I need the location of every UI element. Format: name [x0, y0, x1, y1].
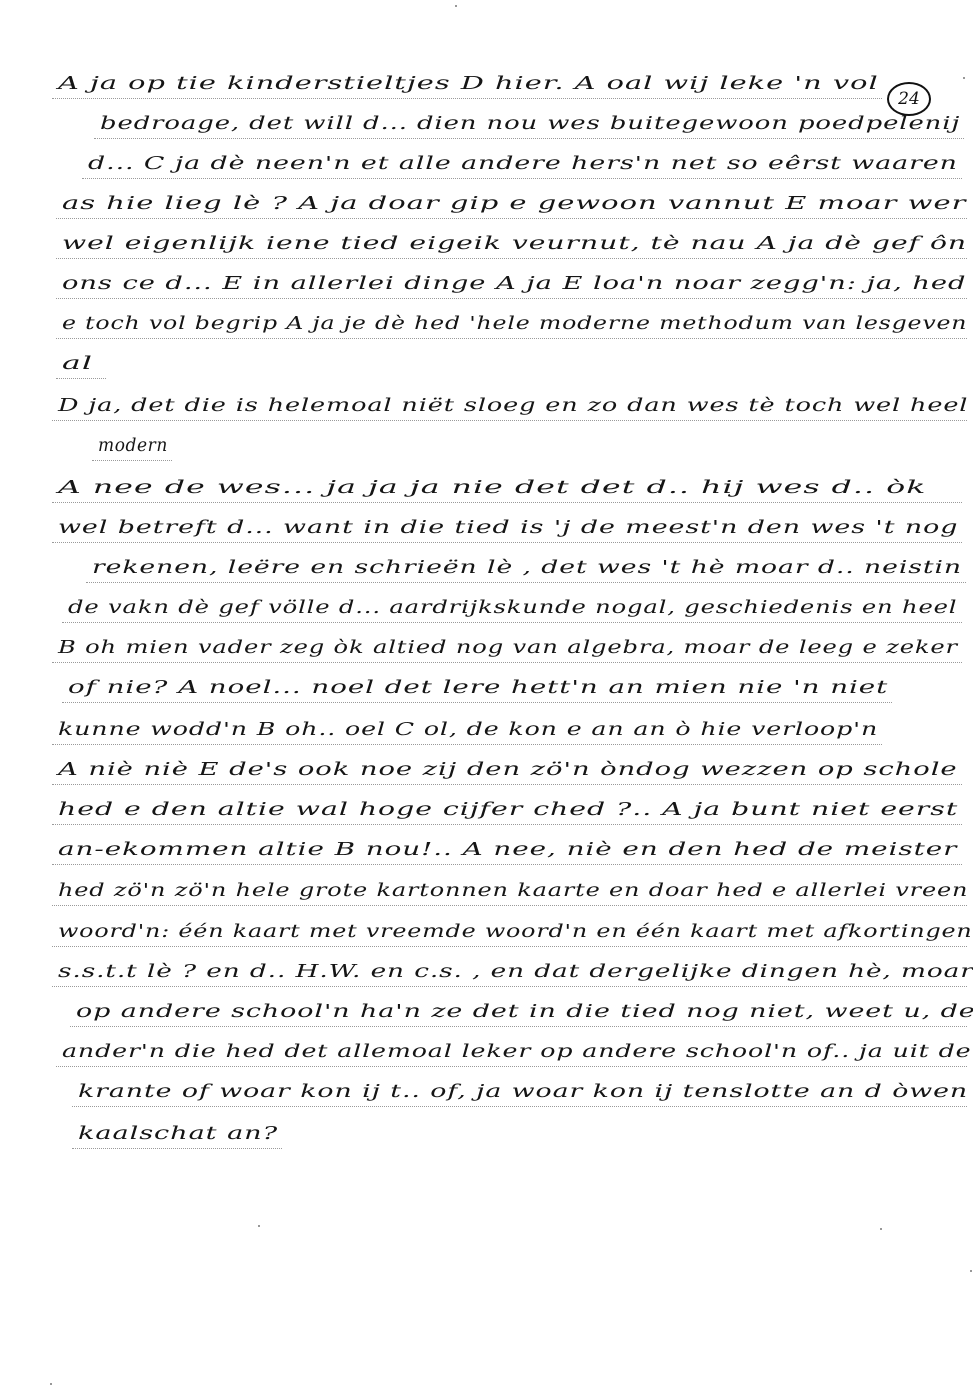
- scan-speck: [258, 1225, 260, 1227]
- transcript-line: s.s.t.t lè ? en d.. H.W. en c.s. , en da…: [58, 962, 973, 982]
- transcript-line: rekenen, leëre en schrieën lè , det wes …: [92, 558, 962, 578]
- scan-speck: [970, 1270, 972, 1272]
- scan-dotted-rule: [52, 502, 962, 503]
- transcript-line: A ja op tie kinderstieltjes D hier. A oa…: [58, 74, 879, 94]
- page-number-text: 24: [898, 89, 920, 109]
- scan-speck: [455, 5, 457, 7]
- transcript-line: modern: [98, 436, 168, 456]
- transcript-line: woord'n: één kaart met vreemde woord'n e…: [58, 922, 973, 942]
- scan-dotted-rule: [56, 378, 106, 379]
- transcript-line: e toch vol begrip A ja je dè hed 'hele m…: [62, 314, 967, 334]
- transcript-line: A niè niè E de's ook noe zij den zö'n òn…: [58, 760, 958, 780]
- scanned-page: 24 A ja op tie kinderstieltjes D hier. A…: [0, 0, 973, 1394]
- transcript-line: an-ekommen altie B nou!.. A nee, niè en …: [58, 840, 957, 860]
- transcript-line: d... C ja dè neen'n et alle andere hers'…: [88, 154, 958, 174]
- scan-dotted-rule: [86, 582, 966, 583]
- scan-dotted-rule: [56, 298, 967, 299]
- transcript-line: A nee de wes... ja ja ja nie det det d..…: [58, 478, 926, 498]
- scan-dotted-rule: [72, 1106, 967, 1107]
- transcript-line: de vakn dè gef völle d... aardrijkskunde…: [68, 598, 957, 618]
- scan-dotted-rule: [52, 986, 967, 987]
- scan-dotted-rule: [52, 662, 962, 663]
- scan-dotted-rule: [52, 946, 967, 947]
- scan-dotted-rule: [94, 138, 964, 139]
- transcript-line: kaalschat an?: [78, 1124, 278, 1144]
- scan-dotted-rule: [52, 744, 882, 745]
- scan-dotted-rule: [56, 338, 967, 339]
- transcript-line: wel eigenlijk iene tied eigeik veurnut, …: [62, 234, 967, 254]
- scan-dotted-rule: [52, 824, 962, 825]
- scan-dotted-rule: [52, 905, 967, 906]
- transcript-line: as hie lieg lè ? A ja doar gip e gewoon …: [62, 194, 966, 214]
- transcript-line: bedroage, det will d... dien nou wes bui…: [100, 114, 960, 134]
- scan-dotted-rule: [56, 218, 967, 219]
- scan-dotted-rule: [70, 1026, 967, 1027]
- scan-dotted-rule: [62, 622, 962, 623]
- scan-dotted-rule: [52, 864, 962, 865]
- scan-dotted-rule: [52, 98, 882, 99]
- scan-dotted-rule: [72, 1148, 282, 1149]
- transcript-line: wel betreft d... want in die tied is 'j …: [58, 518, 958, 538]
- scan-dotted-rule: [52, 784, 962, 785]
- transcript-line: ons ce d... E in allerlei dinge A ja E l…: [62, 274, 966, 294]
- scan-dotted-rule: [52, 542, 962, 543]
- scan-speck: [963, 77, 965, 79]
- scan-dotted-rule: [52, 420, 967, 421]
- page-number-circled: 24: [887, 82, 931, 116]
- scan-dotted-rule: [56, 258, 967, 259]
- scan-speck: [50, 1383, 52, 1385]
- transcript-line: of nie? A noel... noel det lere hett'n a…: [68, 678, 888, 698]
- transcript-line: hed zö'n zö'n hele grote kartonnen kaart…: [58, 881, 968, 901]
- transcript-line: D ja, det die is helemoal niët sloeg en …: [58, 396, 968, 416]
- transcript-line: hed e den altie wal hoge cijfer ched ?..…: [58, 800, 958, 820]
- transcript-line: B oh mien vader zeg òk altied nog van al…: [58, 638, 958, 658]
- transcript-line: op andere school'n ha'n ze det in die ti…: [76, 1002, 973, 1022]
- scan-dotted-rule: [62, 702, 892, 703]
- transcript-line: al: [62, 354, 93, 374]
- transcript-line: krante of woar kon ij t.. of, ja woar ko…: [78, 1082, 968, 1102]
- scan-speck: [880, 1228, 882, 1230]
- scan-dotted-rule: [92, 460, 172, 461]
- scan-dotted-rule: [82, 178, 962, 179]
- transcript-line: ander'n die hed det allemoal leker op an…: [62, 1042, 971, 1062]
- scan-dotted-rule: [56, 1066, 967, 1067]
- transcript-line: kunne wodd'n B oh.. oel C ol, de kon e a…: [58, 720, 878, 740]
